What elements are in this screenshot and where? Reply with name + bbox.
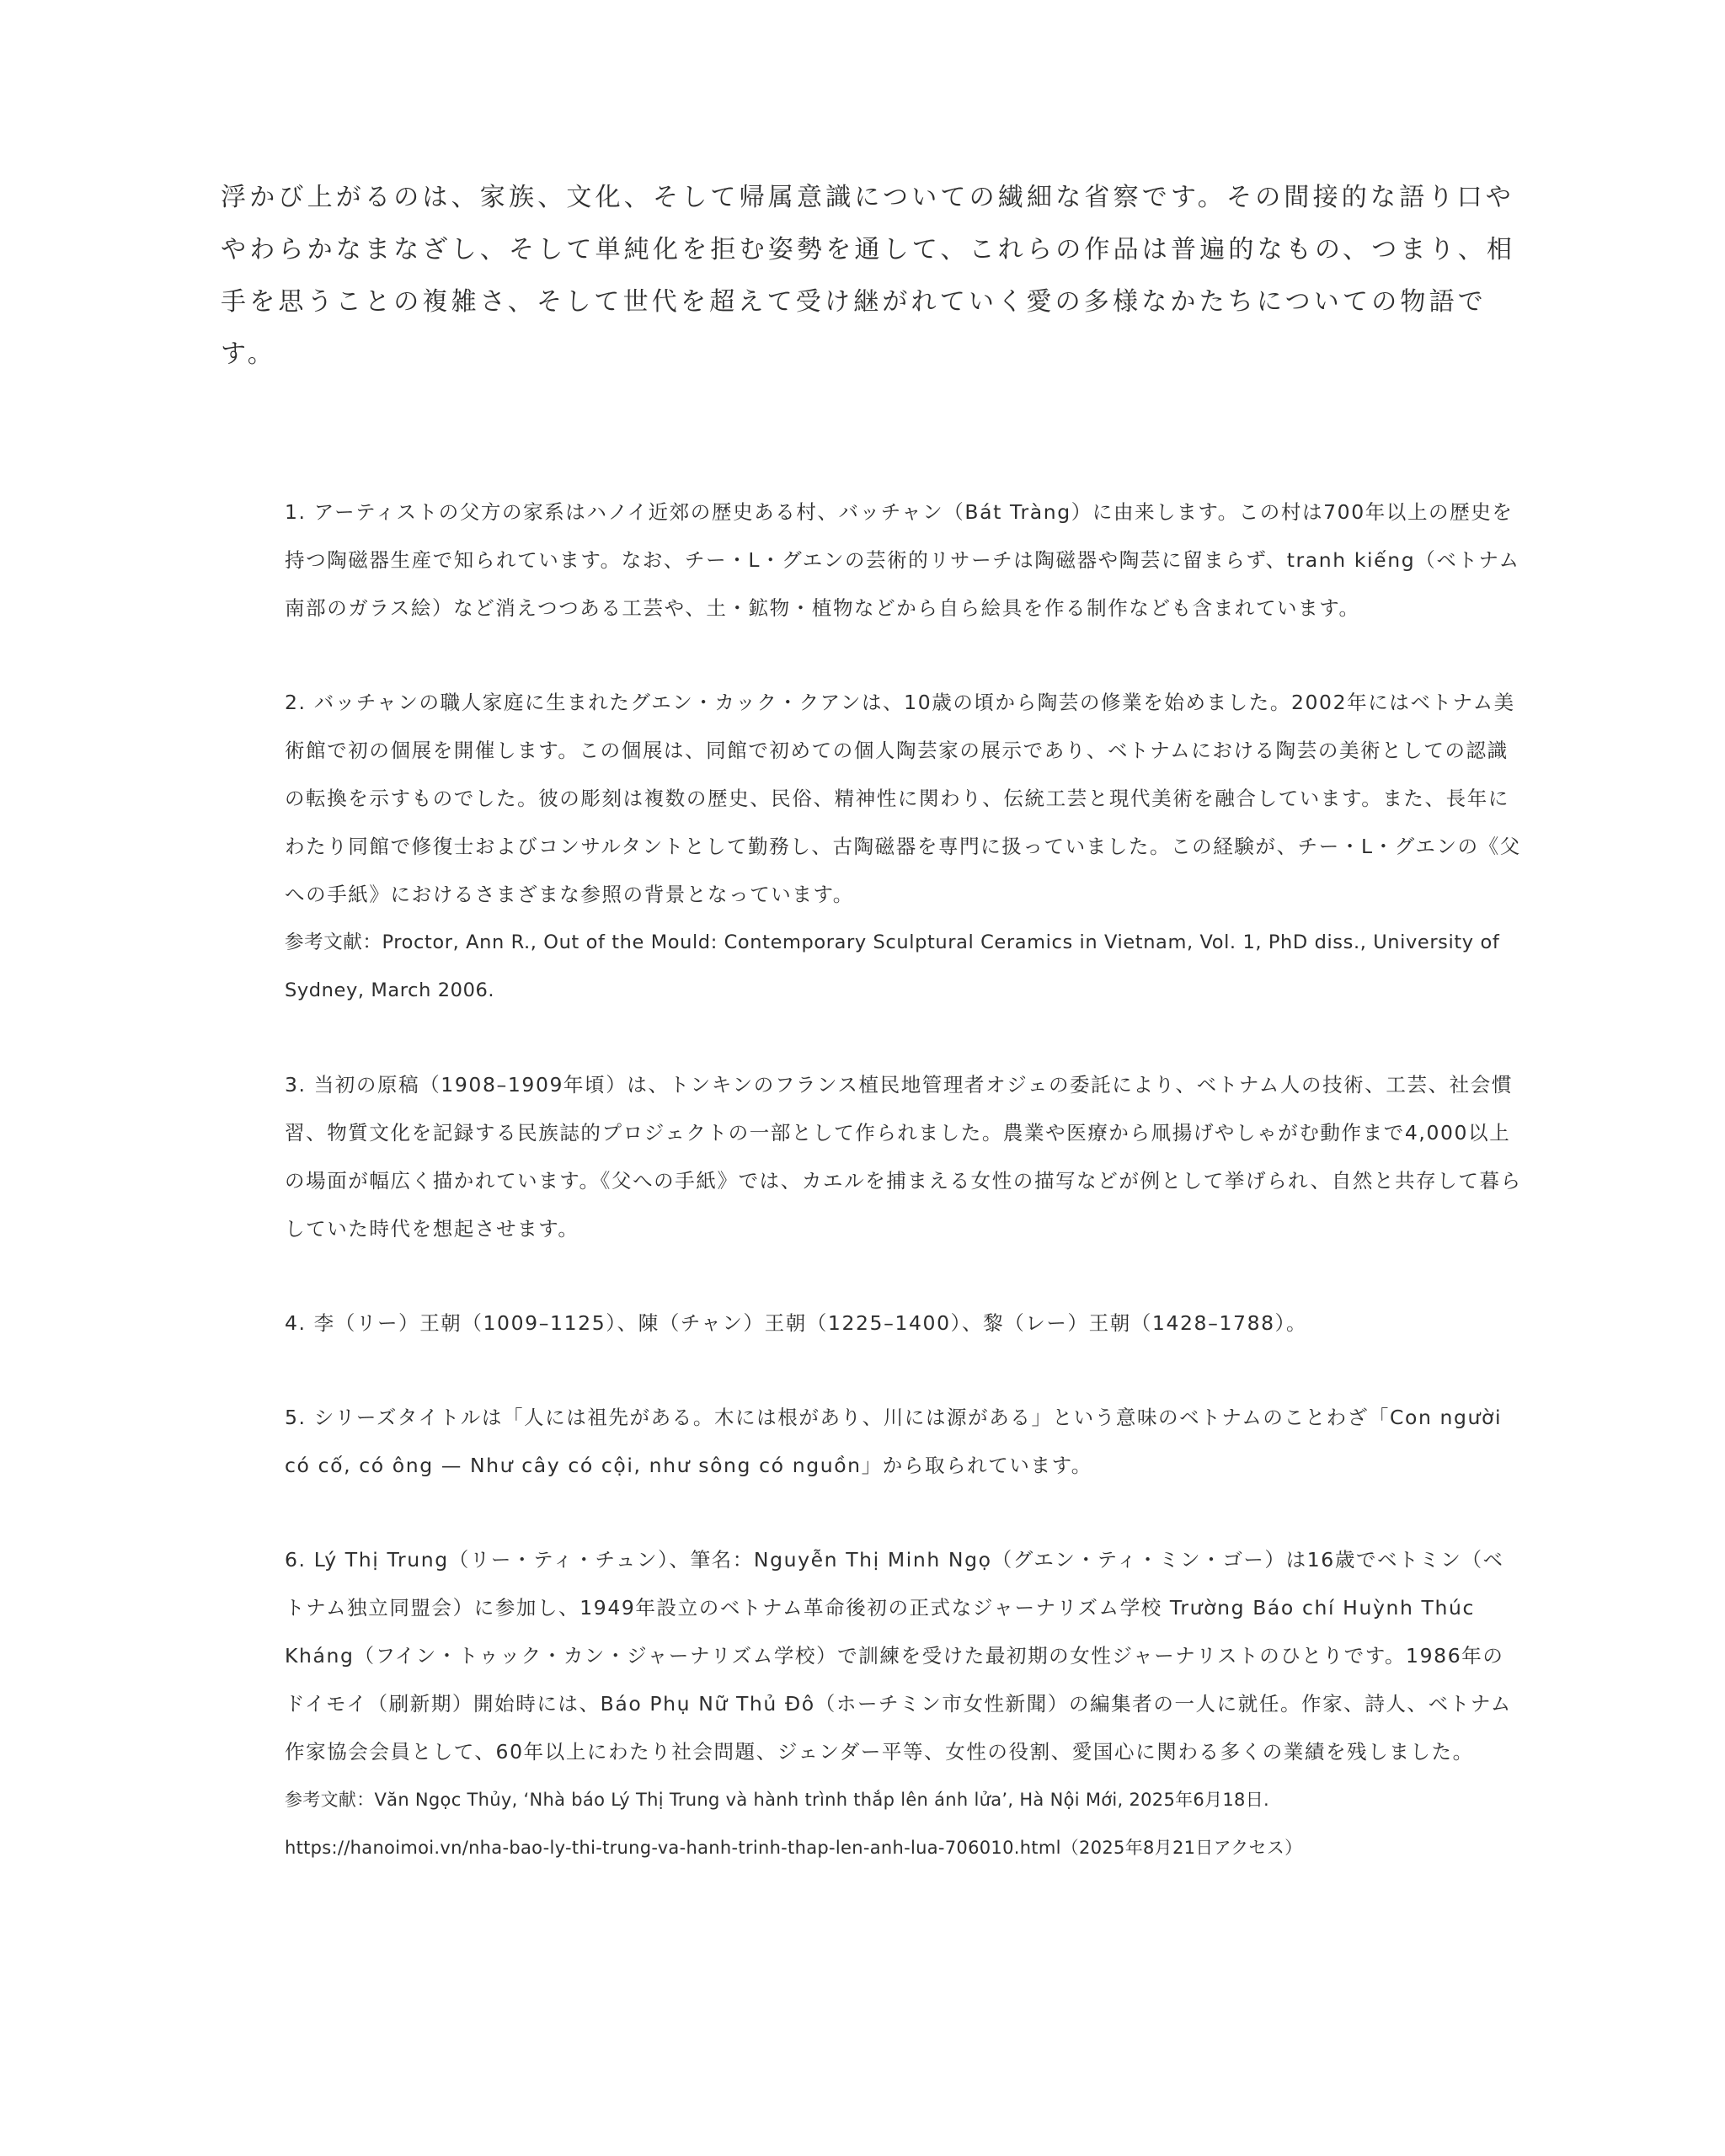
- footnote-text: 3. 当初の原稿（1908–1909年頃）は、トンキンのフランス植民地管理者オジ…: [285, 1061, 1525, 1253]
- footnote-1: 1. アーティストの父方の家系はハノイ近郊の歴史ある村、バッチャン（Bát Tr…: [285, 488, 1525, 632]
- footnote-reference: 参考文献：Proctor, Ann R., Out of the Mould: …: [285, 919, 1525, 1015]
- footnote-text: 5. シリーズタイトルは「人には祖先がある。木には根があり、川には源がある」とい…: [285, 1394, 1525, 1490]
- footnote-reference-url[interactable]: https://hanoimoi.vn/nha-bao-ly-thi-trung…: [285, 1824, 1525, 1872]
- footnote-6: 6. Lý Thị Trung（リー・ティ・チュン）、筆名：Nguyễn Thị…: [285, 1536, 1525, 1872]
- footnotes-list: 1. アーティストの父方の家系はハノイ近郊の歴史ある村、バッチャン（Bát Tr…: [285, 488, 1525, 1872]
- footnote-4: 4. 李（リー）王朝（1009–1125）、陳（チャン）王朝（1225–1400…: [285, 1299, 1525, 1347]
- footnote-2: 2. バッチャンの職人家庭に生まれたグエン・カック・クアンは、10歳の頃から陶芸…: [285, 679, 1525, 1015]
- footnote-text: 2. バッチャンの職人家庭に生まれたグエン・カック・クアンは、10歳の頃から陶芸…: [285, 679, 1525, 919]
- footnote-3: 3. 当初の原稿（1908–1909年頃）は、トンキンのフランス植民地管理者オジ…: [285, 1061, 1525, 1253]
- intro-text: 浮かび上がるのは、家族、文化、そして帰属意識についての繊細な省察です。その間接的…: [221, 172, 1525, 381]
- footnote-text: 6. Lý Thị Trung（リー・ティ・チュン）、筆名：Nguyễn Thị…: [285, 1536, 1525, 1776]
- footnote-text: 1. アーティストの父方の家系はハノイ近郊の歴史ある村、バッチャン（Bát Tr…: [285, 488, 1525, 632]
- footnote-text: 4. 李（リー）王朝（1009–1125）、陳（チャン）王朝（1225–1400…: [285, 1299, 1525, 1347]
- footnote-5: 5. シリーズタイトルは「人には祖先がある。木には根があり、川には源がある」とい…: [285, 1394, 1525, 1490]
- intro-paragraph: 浮かび上がるのは、家族、文化、そして帰属意識についての繊細な省察です。その間接的…: [221, 172, 1525, 381]
- footnote-reference: 参考文献：Văn Ngọc Thủy, ‘Nhà báo Lý Thị Trun…: [285, 1776, 1525, 1824]
